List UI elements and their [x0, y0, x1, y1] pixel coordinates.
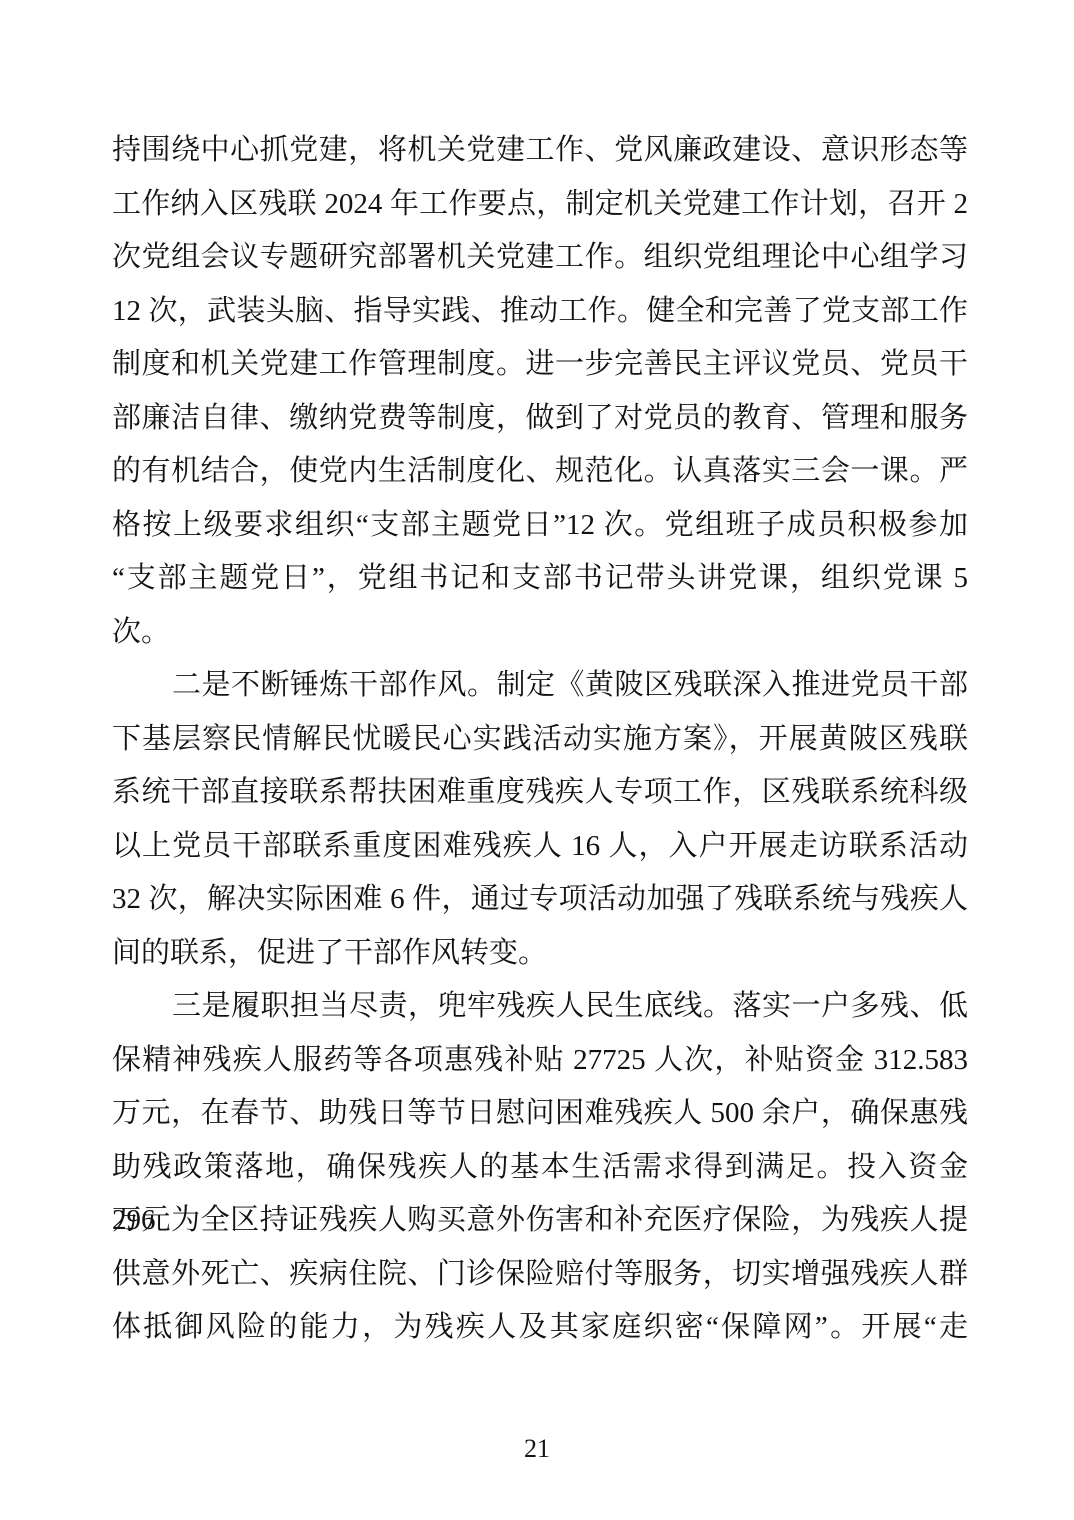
text-line: 部廉洁自律、缴纳党费等制度，做到了对党员的教育、管理和服务 — [112, 392, 968, 446]
text-line: 次党组会议专题研究部署机关党建工作。组织党组理论中心组学习 — [112, 231, 968, 285]
text-line: 32 次，解决实际困难 6 件，通过专项活动加强了残联系统与残疾人 — [112, 873, 968, 927]
text-line: 次。 — [112, 606, 968, 660]
text-line: 的有机结合，使党内生活制度化、规范化。认真落实三会一课。严 — [112, 445, 968, 499]
text-line: 工作纳入区残联 2024 年工作要点，制定机关党建工作计划，召开 2 — [112, 178, 968, 232]
text-line: 体抵御风险的能力，为残疾人及其家庭织密“保障网”。开展“走 — [112, 1301, 968, 1355]
text-line: 万元为全区持证残疾人购买意外伤害和补充医疗保险，为残疾人提 — [112, 1194, 968, 1248]
text-line: 格按上级要求组织“支部主题党日”12 次。党组班子成员积极参加 — [112, 499, 968, 553]
text-line: 三是履职担当尽责，兜牢残疾人民生底线。落实一户多残、低 — [112, 980, 968, 1034]
text-line: 12 次，武装头脑、指导实践、推动工作。健全和完善了党支部工作 — [112, 285, 968, 339]
text-line: 持围绕中心抓党建，将机关党建工作、党风廉政建设、意识形态等 — [112, 124, 968, 178]
text-block: 持围绕中心抓党建，将机关党建工作、党风廉政建设、意识形态等工作纳入区残联 202… — [112, 124, 968, 1355]
page-number: 21 — [0, 1434, 1074, 1464]
text-line: 间的联系，促进了干部作风转变。 — [112, 927, 968, 981]
text-line: 保精神残疾人服药等各项惠残补贴 27725 人次，补贴资金 312.583 — [112, 1034, 968, 1088]
text-line: 供意外死亡、疾病住院、门诊保险赔付等服务，切实增强残疾人群 — [112, 1248, 968, 1302]
text-line: 二是不断锤炼干部作风。制定《黄陂区残联深入推进党员干部 — [112, 659, 968, 713]
text-line: 助残政策落地，确保残疾人的基本生活需求得到满足。投入资金 296 — [112, 1141, 968, 1195]
text-line: 万元，在春节、助残日等节日慰问困难残疾人 500 余户，确保惠残 — [112, 1087, 968, 1141]
text-line: 下基层察民情解民忧暖民心实践活动实施方案》，开展黄陂区残联 — [112, 713, 968, 767]
text-line: 制度和机关党建工作管理制度。进一步完善民主评议党员、党员干 — [112, 338, 968, 392]
text-line: 系统干部直接联系帮扶困难重度残疾人专项工作，区残联系统科级 — [112, 766, 968, 820]
paragraph-1: 持围绕中心抓党建，将机关党建工作、党风廉政建设、意识形态等工作纳入区残联 202… — [112, 124, 968, 659]
text-line: “支部主题党日”，党组书记和支部书记带头讲党课，组织党课 5 — [112, 552, 968, 606]
document-page: 持围绕中心抓党建，将机关党建工作、党风廉政建设、意识形态等工作纳入区残联 202… — [0, 0, 1074, 1520]
paragraph-2: 二是不断锤炼干部作风。制定《黄陂区残联深入推进党员干部下基层察民情解民忧暖民心实… — [112, 659, 968, 980]
paragraph-3: 三是履职担当尽责，兜牢残疾人民生底线。落实一户多残、低保精神残疾人服药等各项惠残… — [112, 980, 968, 1355]
text-line: 以上党员干部联系重度困难残疾人 16 人，入户开展走访联系活动 — [112, 820, 968, 874]
